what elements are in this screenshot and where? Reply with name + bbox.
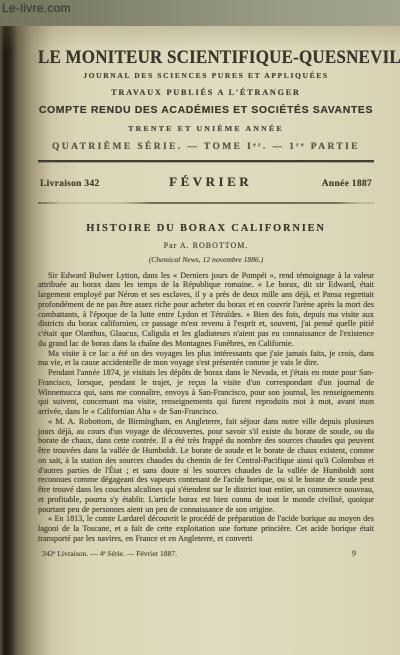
page-footer: 342ᵉ Livraison. — 4ᵉ Série. — Février 18… (38, 549, 374, 558)
issue-month: FÉVRIER (169, 174, 252, 190)
masthead: LE MONITEUR SCIENTIFIQUE-QUESNEVILLE JOU… (38, 26, 374, 152)
article-title: HISTOIRE DU BORAX CALIFORNIEN (38, 223, 374, 234)
article-paragraph: « M. A. Robottom, de Birmingham, en Angl… (38, 417, 374, 515)
issue-band: Livraison 342 FÉVRIER Année 1887 (38, 174, 374, 190)
issue-livraison: Livraison 342 (40, 179, 100, 189)
journal-title: LE MONITEUR SCIENTIFIQUE-QUESNEVILLE (38, 26, 374, 69)
scanned-journal-photo: Le-livre.com LE MONITEUR SCIENTIFIQUE-QU… (0, 0, 400, 655)
article-paragraph: « En 1813, le comte Lardarel découvrit l… (38, 514, 374, 543)
article-byline: Par A. ROBOTTOM. (38, 241, 374, 250)
journal-subtitle-sciences: JOURNAL DES SCIENCES PURES ET APPLIQUÉES (38, 71, 374, 80)
article-paragraph: Sir Edward Bulwer Lytton, dans les « Der… (38, 271, 374, 349)
article-paragraph: Ma visite à ce lac a été un des voyages … (38, 349, 374, 369)
article-source-citation: (Chemical News, 12 novembre 1886.) (38, 255, 374, 264)
journal-subtitle-annee: TRENTE ET UNIÈME ANNÉE (38, 124, 374, 133)
photo-backdrop-band: Le-livre.com (0, 0, 400, 26)
footer-signature-line: 342ᵉ Livraison. — 4ᵉ Série. — Février 18… (42, 549, 177, 558)
bookseller-watermark: Le-livre.com (2, 1, 71, 15)
issue-year: Année 1887 (322, 179, 372, 189)
article-body: Sir Edward Bulwer Lytton, dans les « Der… (38, 271, 374, 544)
journal-subtitle-travaux: TRAVAUX PUBLIÉS A L'ÉTRANGER (38, 88, 374, 97)
issue-divider-rule (38, 202, 374, 204)
journal-subtitle-compte-rendu: COMPTE RENDU DES ACADÉMIES ET SOCIÉTÉS S… (38, 104, 374, 116)
article-paragraph: Pendant l'année 1874, je visitais les dé… (38, 368, 374, 417)
page-number: 9 (352, 549, 356, 558)
journal-subtitle-serie: QUATRIÈME SÉRIE. — TOME Iᵉʳ. — 1ʳᵉ PARTI… (38, 142, 374, 152)
page-content: LE MONITEUR SCIENTIFIQUE-QUESNEVILLE JOU… (38, 26, 374, 655)
masthead-divider-rule (38, 160, 374, 163)
scanned-page: LE MONITEUR SCIENTIFIQUE-QUESNEVILLE JOU… (0, 26, 400, 655)
